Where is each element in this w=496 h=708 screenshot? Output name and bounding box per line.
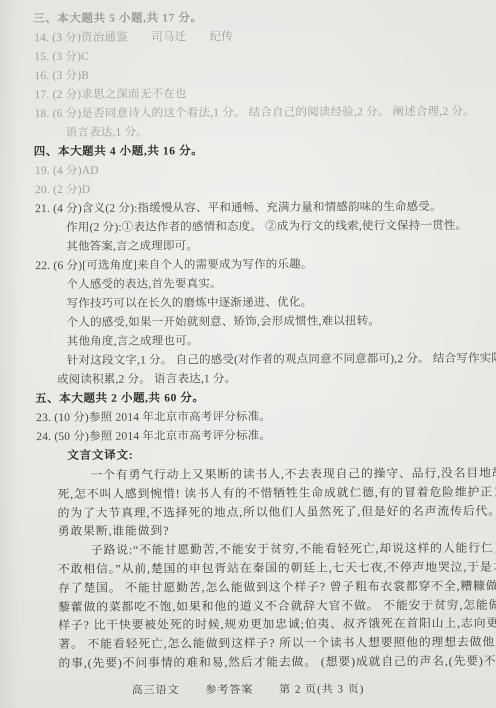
text-line: 写作技巧可以在长久的磨炼中逐渐递进、优化。 — [35, 293, 484, 314]
document-page: 三、本大题共 5 小题,共 17 分。14. (3 分)资治通鉴 司马迁 纪传1… — [0, 0, 496, 708]
text-line: 其他角度,言之成理也可。 — [35, 331, 484, 352]
page-footer: 高三语文 参考答案 第 2 页(共 3 页) — [0, 680, 496, 699]
text-line: 19. (4 分)AD — [34, 160, 483, 181]
text-line: 著。 不能看轻死亡,怎么能做到这样子? 所以一个读书人想要照他的理想去做他应该做 — [36, 633, 485, 654]
text-line: 21. (4 分)含义(2 分):指缓慢从容、平和通畅、充满力量和情感韵味的生命… — [34, 198, 483, 219]
text-line: 22. (6 分)[可选角度]来自个人的需要成为写作的乐趣。 — [34, 255, 483, 276]
section-header-line: 四、本大题共 4 小题,共 16 分。 — [34, 141, 483, 162]
footer-doc-title: 参考答案 — [205, 684, 253, 696]
translation-heading: 文言文译文: — [35, 445, 484, 466]
text-line: 17. (2 分)求思之深而无不在也 — [33, 84, 482, 105]
section-header-line: 三、本大题共 5 小题,共 17 分。 — [33, 8, 482, 29]
text-line: 其他答案,言之成理即可。 — [34, 236, 483, 257]
text-line: 作用(2 分):①表达作者的感情和态度。 ②成为行文的线索,使行文保持一贯性。 — [34, 217, 483, 238]
text-line: 的为了大节真理,不选择死的地点,所以他们人虽然死了,但是好的名声流传后代。 不是 — [36, 501, 485, 522]
section-header-line: 五、本大题共 2 小题,共 60 分。 — [35, 388, 484, 409]
text-line: 或阅读积累,2 分。 语言表达,1 分。 — [35, 369, 484, 390]
text-line: 勇敢果断,谁能做到? — [36, 520, 485, 541]
text-line: 23. (10 分)参照 2014 年北京市高考评分标准。 — [35, 407, 484, 428]
text-line: 14. (3 分)资治通鉴 司马迁 纪传 — [33, 27, 482, 48]
text-line: 样子? 比干快要被处死的时候,规劝更加忠诚;伯夷、叔齐饿死在首阳山上,志向更加显 — [36, 614, 485, 635]
text-line: 针对这段文字,1 分。 自己的感受(对作者的观点同意不同意都可),2 分。 结合… — [35, 350, 484, 371]
text-line: 16. (3 分)B — [33, 65, 482, 86]
text-line: 藜藿做的菜都吃不饱,如果和他的道义不合就辞大官不做。 不能安于贫穷,怎能做到这 — [36, 595, 485, 616]
text-line: 的事,(先要)不问事情的难和易,然后才能去做。 (想要)成就自己的声名,(先要)… — [36, 652, 485, 673]
text-line: 死,怎不叫人感到惋惜! 读书人有的不惜牺牲生命成就仁德,有的冒着危险维护正义,有 — [36, 483, 485, 504]
text-line: 20. (2 分)D — [34, 179, 483, 200]
text-line: 存了楚国。 不能甘愿勤苦,怎么能做到这个样子? 曾子粗布衣裳都穿不全,糟糠做的饭… — [36, 577, 485, 598]
footer-subject: 高三语文 — [132, 684, 180, 696]
text-line: 24. (50 分)参照 2014 年北京市高考评分标准。 — [35, 426, 484, 447]
document-lines: 三、本大题共 5 小题,共 17 分。14. (3 分)资治通鉴 司马迁 纪传1… — [0, 3, 496, 708]
text-line: 子路说:“不能甘愿勤苦,不能安于贫穷,不能看轻死亡,却说这样的人能行仁义,我 — [36, 539, 485, 560]
text-line: 15. (3 分)C — [33, 46, 482, 67]
footer-page-number: 第 2 页(共 3 页) — [279, 683, 364, 695]
text-line: 不敢相信。”从前,楚国的申包胥站在秦国的朝廷上,七天七夜,不停声地哭泣,于是才保 — [36, 558, 485, 579]
text-line: 个人感受的表达,首先要真实。 — [34, 274, 483, 295]
text-line: 一个有勇气行动上又果断的读书人,不去表现自己的操守、品行,没名目地胡乱去 — [35, 464, 484, 485]
text-line: 语言表达,1 分。 — [34, 122, 483, 143]
text-line: 18. (6 分)是否同意诗人的这个看法,1 分。 结合自己的阅读经验,2 分。… — [34, 103, 483, 124]
text-line: 个人的感受,如果一开始就刻意、矫饰,会形成惯性,难以扭转。 — [35, 312, 484, 333]
